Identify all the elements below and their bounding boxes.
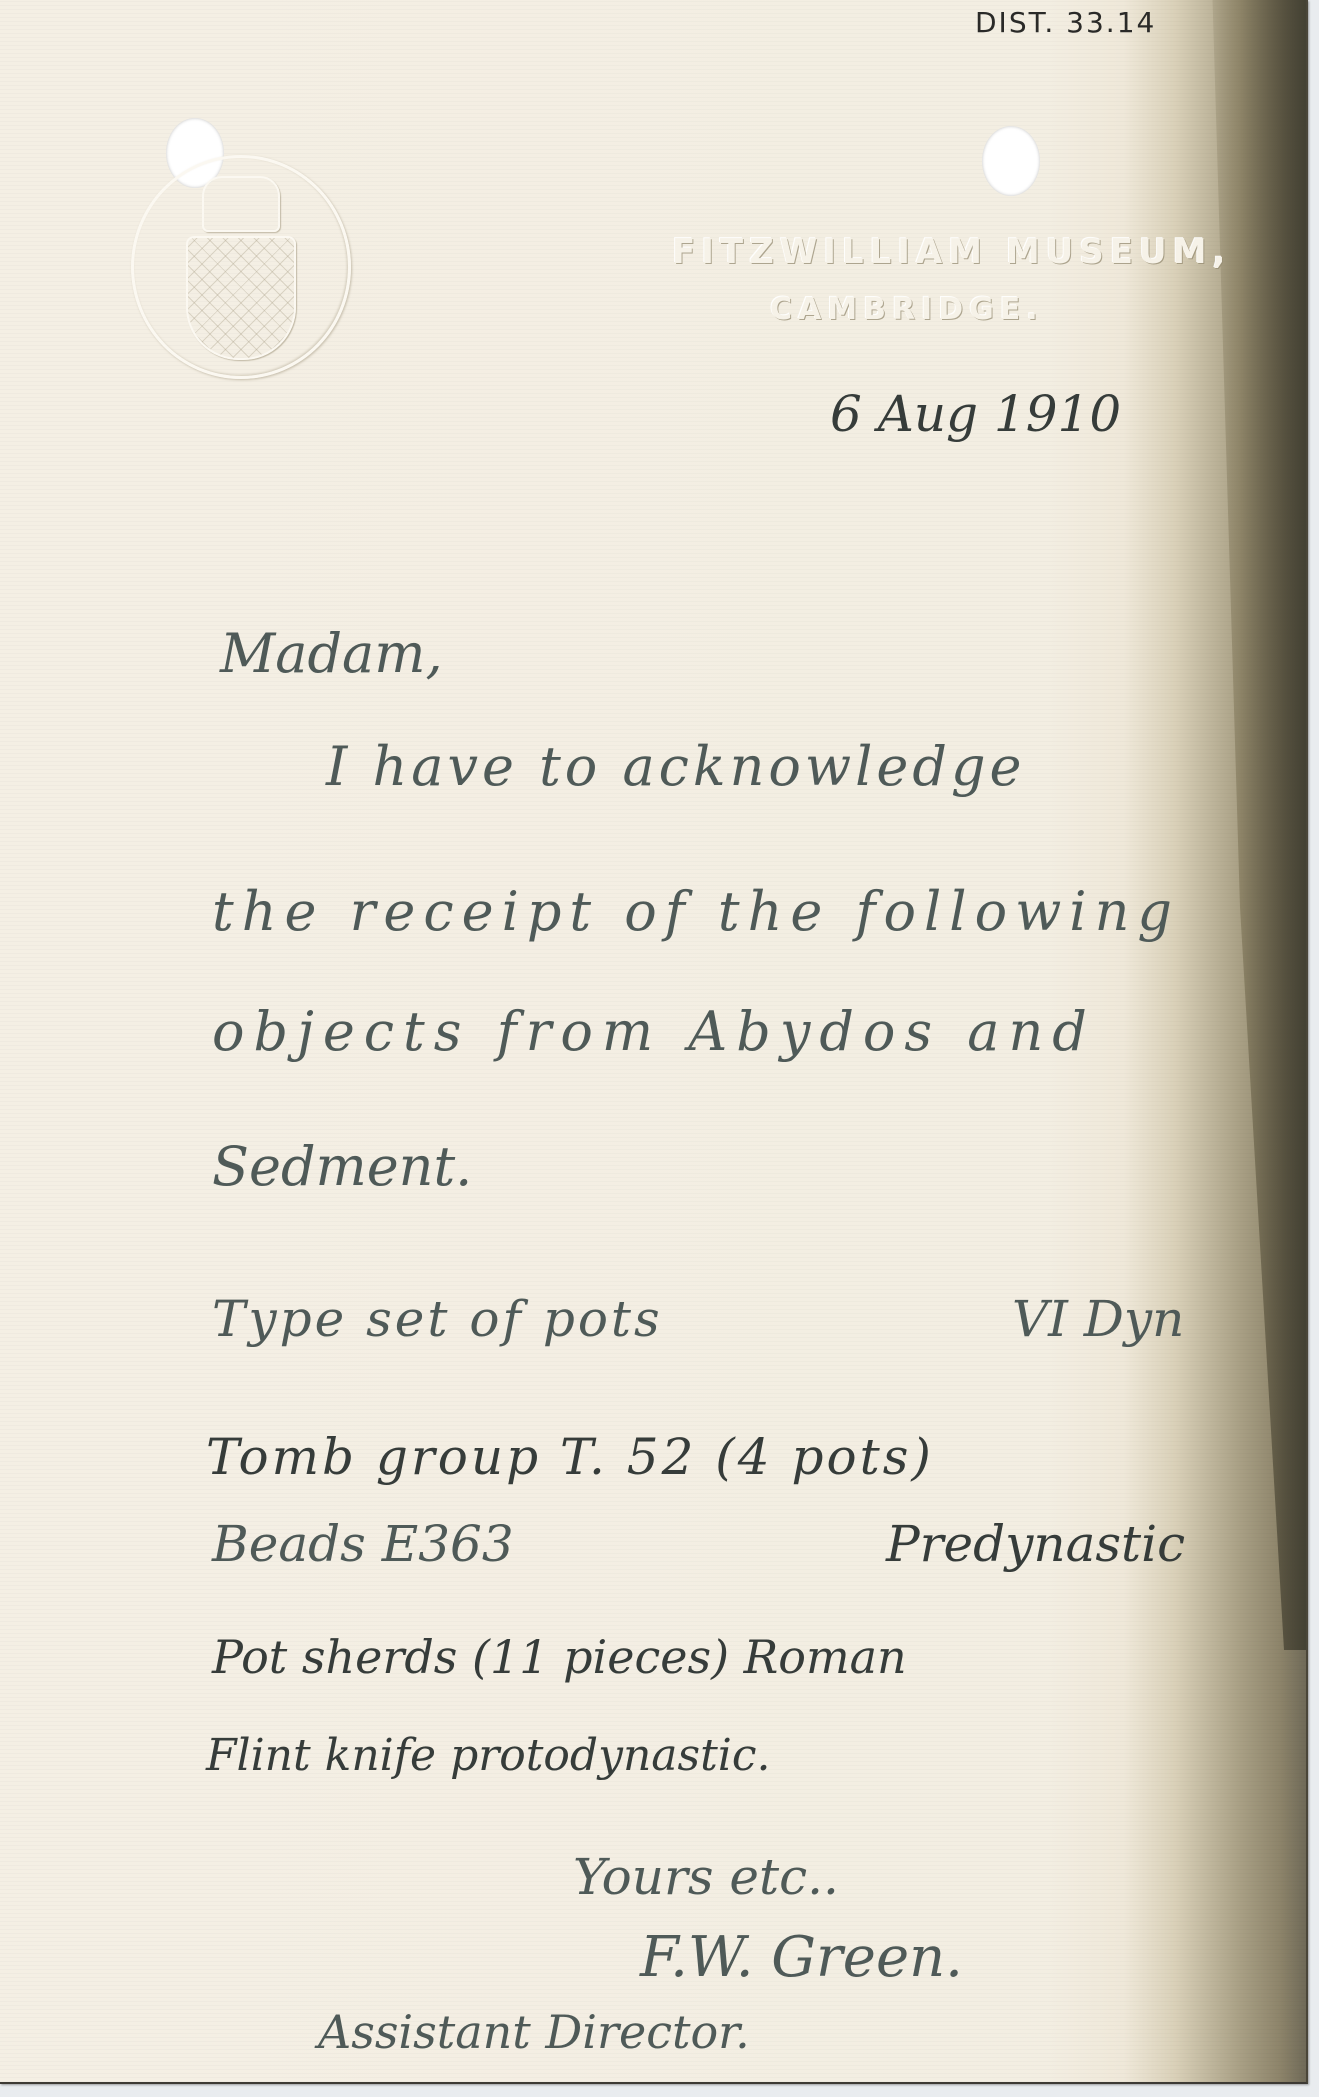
signature: F.W. Green. <box>640 1925 963 1990</box>
punch-hole-right <box>982 126 1040 196</box>
letterhead-museum: FITZWILLIAM MUSEUM, <box>672 232 1231 272</box>
item-1-description: Type set of pots <box>212 1290 663 1348</box>
letter-page: DIST. 33.14 FITZWILLIAM MUSEUM, CAMBRIDG… <box>0 0 1308 2084</box>
closing: Yours etc.. <box>573 1848 839 1906</box>
item-3-period: Predynastic <box>886 1515 1185 1573</box>
letterhead-city: CAMBRIDGE. <box>770 292 1044 327</box>
item-1-period: VI Dyn <box>1012 1290 1184 1348</box>
item-4-description: Pot sherds (11 pieces) Roman <box>212 1630 907 1684</box>
body-line-4: Sedment. <box>212 1135 472 1198</box>
body-line-3: objects from Abydos and <box>212 1000 1096 1063</box>
signatory-title: Assistant Director. <box>318 2005 750 2059</box>
embossed-crest-icon <box>131 155 351 379</box>
salutation: Madam, <box>220 622 443 685</box>
letter-date: 6 Aug 1910 <box>830 385 1121 443</box>
crown-icon <box>202 176 280 232</box>
shield-icon <box>186 236 296 360</box>
item-3-description: Beads E363 <box>212 1515 514 1573</box>
body-line-1: I have to acknowledge <box>326 735 1025 798</box>
body-line-2: the receipt of the following <box>212 880 1180 943</box>
item-5-description: Flint knife protodynastic. <box>206 1730 770 1781</box>
item-2-description: Tomb group T. 52 (4 pots) <box>206 1428 934 1486</box>
archive-reference: DIST. 33.14 <box>975 6 1156 39</box>
